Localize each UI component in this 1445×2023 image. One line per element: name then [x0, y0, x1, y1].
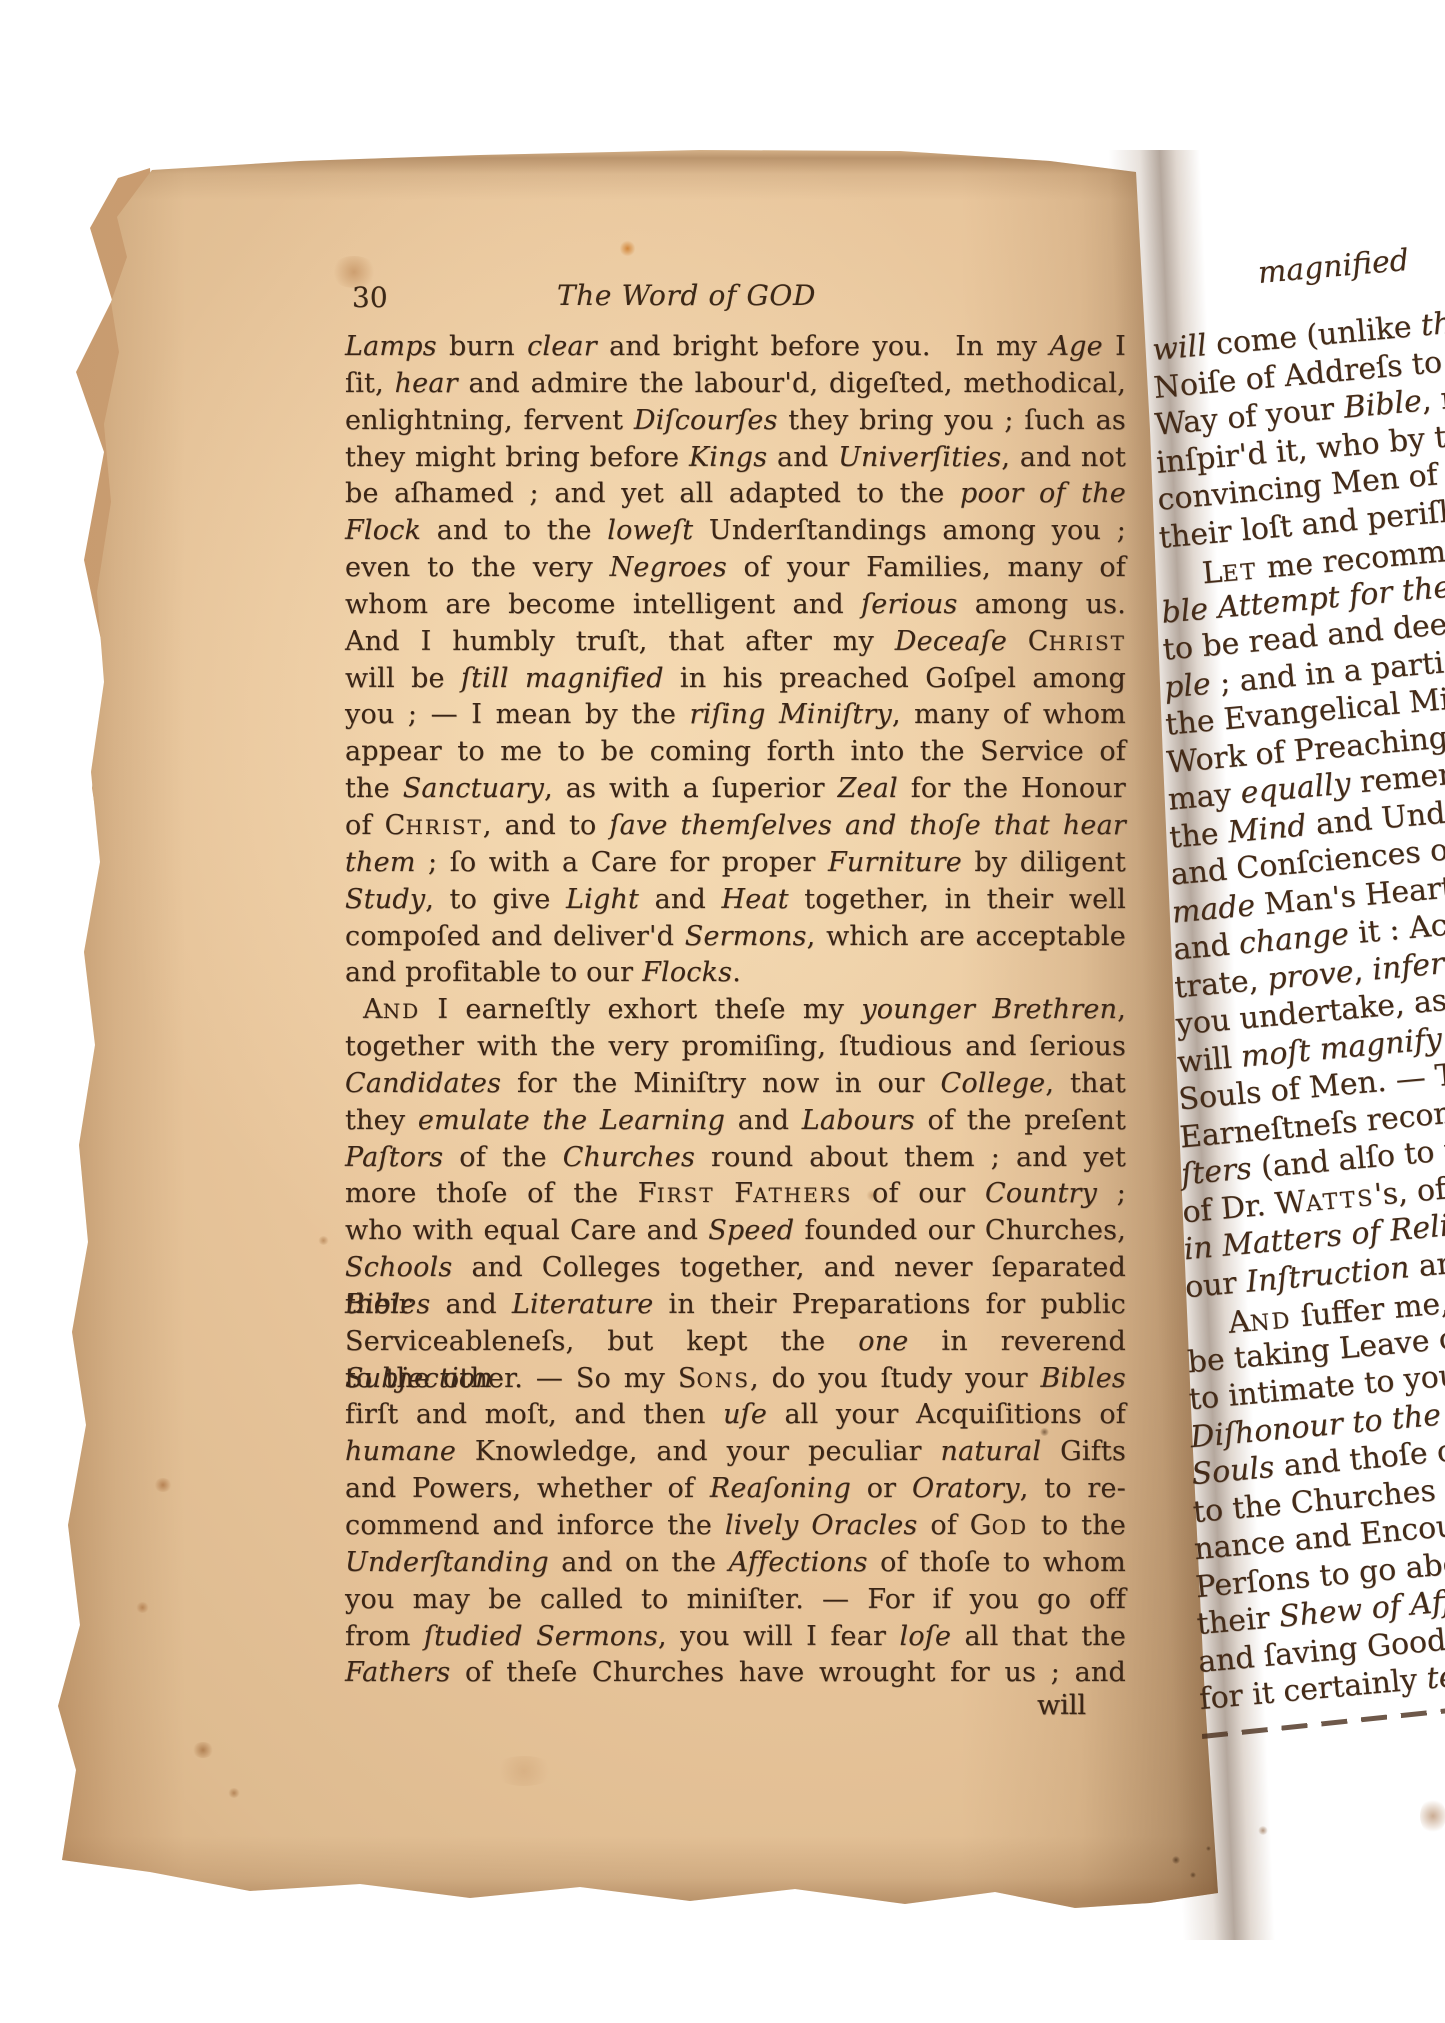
- text-line: Schools and Colleges together, and never…: [345, 1250, 1126, 1287]
- text-line: Fathers of theſe Churches have wrought f…: [345, 1655, 1126, 1692]
- text-line: who with equal Care and Speed founded ou…: [345, 1213, 1126, 1250]
- right-page-text: will come (unlike them) tNoiſe of Addreſ…: [1152, 322, 1445, 1719]
- left-running-title: The Word of GOD: [557, 279, 816, 312]
- foxing-spot: [1258, 1826, 1268, 1835]
- foxing-spot: [620, 240, 635, 257]
- text-line: Bibles and Literature in their Preparati…: [345, 1287, 1126, 1324]
- foxing-spot: [1206, 1846, 1211, 1851]
- text-line: compoſed and deliver'd Sermons, which ar…: [345, 919, 1126, 956]
- book-photo: 30 The Word of GOD Lamps burn clear and …: [0, 0, 1445, 2023]
- text-line: Serviceableneſs, but kept the one in rev…: [345, 1324, 1126, 1361]
- text-line: them ; ſo with a Care for proper Furnitu…: [345, 845, 1126, 882]
- text-line: you ; — I mean by the riſing Miniſtry, m…: [345, 697, 1126, 734]
- foxing-spot: [192, 1742, 214, 1758]
- foxing-spot: [228, 1788, 240, 1798]
- text-line: appear to me to be coming forth into the…: [345, 734, 1126, 771]
- text-line: to the other. — So my SONS, do you ſtudy…: [345, 1361, 1126, 1398]
- left-catchword: will: [990, 1690, 1086, 1721]
- text-line: humane Knowledge, and your peculiar natu…: [345, 1434, 1126, 1471]
- text-line: they emulate the Learning and Labours of…: [345, 1103, 1126, 1140]
- text-line: of CHRIST, and to ſave themſelves and th…: [345, 808, 1126, 845]
- left-page-text: Lamps burn clear and bright before you. …: [345, 329, 1126, 1692]
- text-line: Paſtors of the Churches round about them…: [345, 1140, 1126, 1177]
- text-line: be aſhamed ; and yet all adapted to the …: [345, 476, 1126, 513]
- text-line: and profitable to our Flocks.: [345, 955, 1126, 992]
- text-line: Study, to give Light and Heat together, …: [345, 882, 1126, 919]
- foxing-spot: [318, 1236, 329, 1245]
- text-line: firſt and moſt, and then uſe all your Ac…: [345, 1397, 1126, 1434]
- foxing-spot: [1190, 1872, 1196, 1878]
- foxing-spot: [136, 1602, 149, 1613]
- foxing-spot: [154, 1478, 172, 1492]
- foxing-spot: [492, 1756, 556, 1786]
- text-line: more thoſe of the FIRST FATHERS of our C…: [345, 1176, 1126, 1213]
- text-line: Candidates for the Miniſtry now in our C…: [345, 1066, 1126, 1103]
- text-line: from ſtudied Sermons, you will I fear lo…: [345, 1619, 1126, 1656]
- text-line: enlightning, fervent Diſcourſes they bri…: [345, 403, 1126, 440]
- text-line: Underſtanding and on the Affections of t…: [345, 1545, 1126, 1582]
- text-line: Flock and to the loweſt Underſtandings a…: [345, 513, 1126, 550]
- text-line: AND I earneſtly exhort theſe my younger …: [345, 992, 1126, 1029]
- text-line: you may be called to miniſter. — For if …: [345, 1582, 1126, 1619]
- text-line: commend and inforce the lively Oracles o…: [345, 1508, 1126, 1545]
- text-line: Lamps burn clear and bright before you. …: [345, 329, 1126, 366]
- text-line: and Powers, whether of Reaſoning or Orat…: [345, 1471, 1126, 1508]
- text-line: whom are become intelligent and ſerious …: [345, 587, 1126, 624]
- text-line: together with the very promiſing, ſtudio…: [345, 1029, 1126, 1066]
- left-page-number: 30: [352, 281, 388, 314]
- text-line: will be ſtill magnified in his preached …: [345, 661, 1126, 698]
- text-line: ſit, hear and admire the labour'd, digeſ…: [345, 366, 1126, 403]
- foxing-spot: [1172, 1856, 1180, 1864]
- text-line: even to the very Negroes of your Familie…: [345, 550, 1126, 587]
- text-line: they might bring before Kings and Univer…: [345, 440, 1126, 477]
- foxing-spot: [1420, 1798, 1445, 1834]
- text-line: the Sanctuary, as with a ſuperior Zeal f…: [345, 771, 1126, 808]
- text-line: And I humbly truſt, that after my Deceaſ…: [345, 624, 1126, 661]
